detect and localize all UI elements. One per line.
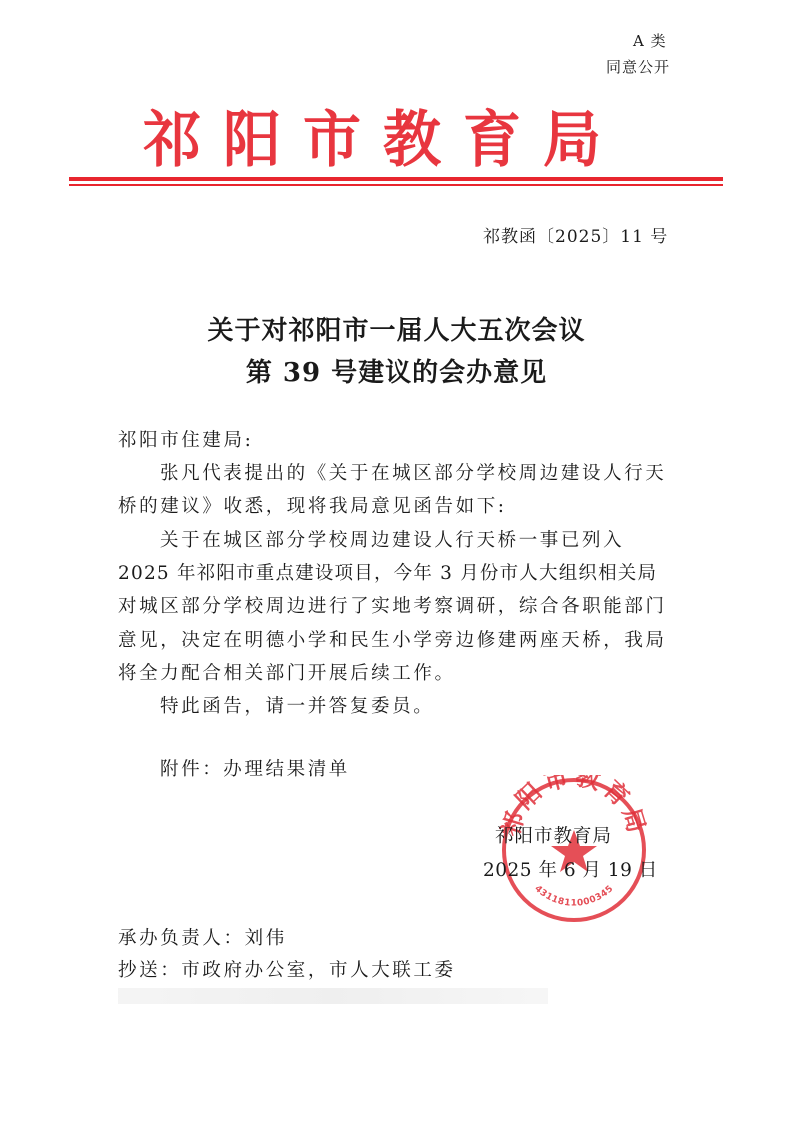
- signature-organization: 祁阳市教育局: [495, 822, 612, 848]
- document-title-line2: 第 39 号建议的会办意见: [0, 352, 793, 389]
- svg-text:4311811000345: 4311811000345: [532, 884, 615, 909]
- responsible-person: 承办负责人：刘伟: [118, 924, 287, 950]
- paragraph-1-line-1: 张凡代表提出的《关于在城区部分学校周边建设人行天: [160, 459, 666, 485]
- document-title-line1: 关于对祁阳市一届人大五次会议: [0, 310, 793, 347]
- official-seal-icon: 祁阳市教育局 4311811000345: [499, 775, 649, 925]
- paragraph-2-line-4: 意见，决定在明德小学和民生小学旁边修建两座天桥，我局: [118, 626, 667, 652]
- paragraph-3-line-1: 特此函告，请一并答复委员。: [160, 692, 434, 718]
- header-rule-thick: [69, 177, 723, 181]
- header-rule-thin: [69, 184, 723, 186]
- cc-recipients: 抄送：市政府办公室，市人大联工委: [118, 956, 456, 982]
- classification-category: A 类: [633, 30, 667, 51]
- signature-date: 2025 年 6 月 19 日: [483, 856, 658, 882]
- addressee: 祁阳市住建局:: [118, 426, 253, 452]
- paragraph-2-line-3: 对城区部分学校周边进行了实地考察调研，综合各职能部门: [118, 592, 667, 618]
- paragraph-2-line-2: 2025 年祁阳市重点建设项目，今年 3 月份市人大组织相关局: [118, 559, 657, 585]
- attachment-line: 附件：办理结果清单: [160, 755, 350, 781]
- paragraph-1-line-2: 桥的建议》收悉，现将我局意见函告如下:: [118, 492, 507, 518]
- org-header-title: 祁阳市教育局: [143, 90, 623, 178]
- scan-bleed-through: [118, 988, 548, 1004]
- disclosure-label: 同意公开: [606, 56, 670, 77]
- paragraph-2-line-1: 关于在城区部分学校周边建设人行天桥一事已列入: [160, 526, 624, 552]
- paragraph-2-line-5: 将全力配合相关部门开展后续工作。: [118, 659, 456, 685]
- document-number: 祁教函〔2025〕11 号: [483, 222, 668, 247]
